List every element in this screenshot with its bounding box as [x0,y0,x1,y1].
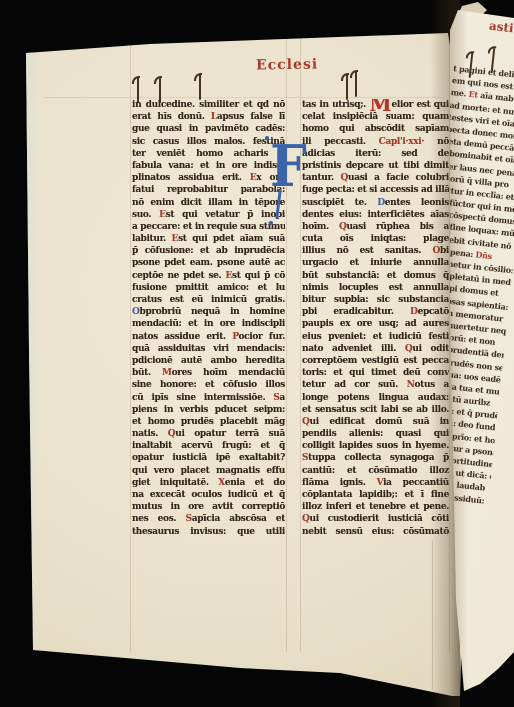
text-line: suscipiēt te. Dentes leonis [302,197,449,209]
text-segment: fuge pecta: et si accessis ad illā [302,185,449,195]
text-segment: plinatos assidua erit. [132,173,250,183]
text-line: labitur. Est qui pdet aīam suā [132,233,285,245]
ruling-line [300,36,301,652]
text-line: būt. Mores hoīm mendaciū [132,367,285,379]
text-segment: colligit lapides suos in hyeme. [302,441,449,451]
text-line: illoz inferi et tenebre et pene. [302,501,449,513]
text-line: natis. Qui opatur terrā suā [132,428,285,440]
manuscript-photo: Ecclesi in dulcedine. similiter et qd nō… [0,0,514,707]
text-segment: nebit sensū eius: cōsūmatō [302,527,449,537]
rubricated-text: M [369,99,390,111]
text-segment: natos assidue erit. [132,332,232,342]
text-line: ili peccasti. Capl'i·xxi· nō [302,136,449,148]
text-segment: psone pdet eam. psone autē ac [132,258,285,268]
text-line: longe potens lingua audax: [302,392,449,404]
text-segment: illius nō est sanitas. [302,246,432,256]
rubricated-text: X [218,478,225,488]
ascender-flourish [346,74,348,100]
text-line: dentes eius: interficiētes aīas [302,209,449,221]
text-line: fuge pecta: et si accessis ad illā [302,184,449,196]
text-line: nes eos. Sapīcia abscōsa et [132,513,285,525]
text-line: a peccare: et in requie sua stimu [132,221,285,233]
text-line: nō enim dicit illam in tēpore [132,197,285,209]
text-segment: me. [450,87,469,99]
text-segment: et homo prudēs placebit māg [132,417,285,427]
text-segment: būt substanciā: et domus q̄ [302,271,449,281]
text-line: eius pveniet: et iudiciū festi [302,331,449,343]
rubricated-text: M [162,368,172,378]
text-line: tetur ad cor suū. Notus a [302,379,449,391]
text-line: pbi eradicabitur. Depcatō [302,306,449,318]
text-segment: nato adveniet illi. [302,344,405,354]
text-segment: cōplantata lapidib;: et ī fine [302,490,449,500]
text-line: ceptōe ne pdet se. Est qui p̄ cō [132,270,285,282]
initial-F-dot [269,221,273,225]
text-segment: giet iniquitatē. [132,478,218,488]
text-line: Qui edificat domū suā in [302,416,449,428]
text-segment: pristinis depcare ut tibi dimit [302,161,449,171]
text-line: pdicionē autē ambo heredita [132,355,285,367]
text-segment: toris: et qui timet deū conv [302,368,449,378]
text-segment: flāma ignis. [302,478,377,488]
text-line: Obprobriū nequā in homine [132,306,285,318]
text-segment: tetur ad cor suū. [302,380,407,390]
ascender-flourish [355,71,357,97]
text-line: cantiū: et cōsūmatio illoz [302,465,449,477]
ruling-line-horizontal [44,97,444,98]
text-line: mutus in ore avtit correptiō [132,501,285,513]
text-line: cuta oīs iniqtas: plage [302,233,449,245]
ruling-line [130,36,131,652]
text-line: pristinis depcare ut tibi dimit [302,160,449,172]
text-segment: piens in verbis pducet seipm: [132,405,285,415]
text-segment: mutus in ore avtit correptiō [132,502,285,512]
text-line: cratus est eū inimicū gratis. [132,294,285,306]
text-segment: in dulcedine. similiter et qd nō [132,100,285,110]
text-line: qui vero placet magnatis effu [132,465,285,477]
text-line: nebit sensū eius: cōsūmatō [302,526,449,538]
text-segment: eius pveniet: et iudiciū festi [302,332,449,342]
text-segment: pbi eradicabitur. [302,307,410,317]
text-line: opatur iusticiā ipē exaltabit? [132,452,285,464]
text-line: pendiis alienis: quasi qui [302,428,449,440]
text-segment: bitur supbia: sic substancia [302,295,449,305]
text-segment: gue quasi in pavimēto cadēs: [132,124,285,134]
text-column-right: tas in utrisq;. Melior est quicelat insi… [302,99,449,538]
text-line: ter veniēt homo acharis q̄ [132,148,285,160]
text-column-left: in dulcedine. similiter et qd nōerat hīs… [132,99,285,538]
text-segment: pendiis alienis: quasi qui [302,429,449,439]
text-line: bitur supbia: sic substancia [302,294,449,306]
text-segment: tas in utrisq;. [302,100,369,110]
text-segment: enia et do [225,478,285,488]
text-segment: fabula vana: et in ore indisci [132,161,285,171]
text-line: nimis locuples est annulla [302,282,449,294]
page-edge-tint [26,50,42,657]
text-segment: suo. [132,210,159,220]
text-line: quā assiduitas viri mendacis: [132,343,285,355]
text-segment: paupis ex ore usq; ad aures [302,319,449,329]
text-line: correptōem vestigiū est pecca [302,355,449,367]
text-segment: quā assiduitas viri mendacis: [132,344,285,354]
rubricated-text: D [410,307,417,317]
text-segment: ores hoīm mendaciū [172,368,285,378]
illuminated-initial-F: F [270,139,314,231]
text-line: illius nō est sanitas. Obi [302,245,449,257]
text-segment: urgacio et iniurie annulla [302,258,449,268]
initial-F-glyph: F [270,139,318,196]
text-segment: a peccare: et in requie sua stimu [132,222,285,232]
text-segment: nō enim dicit illam in tēpore [132,198,285,208]
rubricated-text: Q [302,417,310,427]
text-segment: a [280,393,285,403]
text-segment: qui vero placet magnatis effu [132,466,285,476]
text-segment: labitur. [132,234,172,244]
text-line: erat hīs donū. Lapsus false lī [132,111,285,123]
text-line: thesaurus invisus: que utili [132,526,285,538]
running-title-fragment: asti [488,20,514,35]
text-line: flāma ignis. Via peccantiū [302,477,449,489]
text-line: cōplantata lapidib;: et ī fine [302,489,449,501]
text-line: fusione pmittit amico: et lu [132,282,285,294]
text-line: adicias iterū: sed de [302,148,449,160]
text-segment: ui custodierit iusticiā cōti [310,514,450,524]
text-segment: ui opatur terrā suā [175,429,285,439]
text-segment: bprobriū nequā in homine [140,307,286,317]
text-line: plinatos assidua erit. Ex ore [132,172,285,184]
initial-F-dot [265,136,269,140]
text-segment: cuta oīs iniqtas: plage [302,234,449,244]
text-segment: p̄ cōfusione: et ab inprudēcia [132,246,285,256]
text-line: et homo prudēs placebit māg [132,416,285,428]
text-segment: opatur iusticiā ipē exaltabit? [132,453,285,463]
text-line: mendaciū: et in ore indiscipli [132,318,285,330]
rubricated-text: O [132,307,140,317]
text-line: in dulcedine. similiter et qd nō [132,99,285,111]
text-line: homo qui abscōdit sapīam [302,123,449,135]
text-segment: ocior fur. [239,332,285,342]
text-line: giet iniquitatē. Xenia et do [132,477,285,489]
text-segment: pdicionē autē ambo heredita [132,356,285,366]
text-line: psone pdet eam. psone autē ac [132,257,285,269]
text-segment: nimis locuples est annulla [302,283,449,293]
rubricated-text: N [407,380,415,390]
text-line: paupis ex ore usq; ad aures [302,318,449,330]
text-line: gue quasi in pavimēto cadēs: [132,123,285,135]
rubricated-text: Q [341,173,349,183]
text-line: p̄ cōfusione: et ab inprudēcia [132,245,285,257]
text-segment: homo qui abscōdit sapīam [302,124,449,134]
text-line: būt substanciā: et domus q̄ [302,270,449,282]
text-segment: inaltabit acervū frugū: et q̄ [132,441,285,451]
text-segment: cū ipīs sine intermissiōe. [132,393,273,403]
text-segment: mendaciū: et in ore indiscipli [132,319,285,329]
text-line: celat insipiēciā suam: quam [302,111,449,123]
rubricated-text: Q [302,514,310,524]
text-line: tantur. Quasi a facie colubri [302,172,449,184]
text-line: Qui custodierit iusticiā cōti [302,513,449,525]
text-line: fabula vana: et in ore indisci [132,160,285,172]
text-line: sic casus illos malos. festinā [132,136,285,148]
text-segment: tuppa collecta synagoga p̄ [308,453,449,463]
text-segment: fatui reprobabitur parabola: [132,185,285,195]
text-segment: apīcia abscōsa et [192,514,285,524]
text-segment: cratus est eū inimicū gratis. [132,295,285,305]
text-segment: adicias iterū: sed de [302,149,449,159]
text-line: colligit lapides suos in hyeme. [302,440,449,452]
text-segment: thesaurus invisus: que utili [132,527,285,537]
text-segment: dentes eius: interficiētes aīas [302,210,449,220]
rubricated-text: Capl'i·xxi· [379,137,424,147]
text-line: nato adveniet illi. Qui odit [302,343,449,355]
text-segment: correptōem vestigiū est pecca [302,356,449,366]
ruling-line [286,36,287,652]
text-segment: nes eos. [132,514,186,524]
text-segment: st qui pdet aīam suā [178,234,285,244]
rubricated-text: D [377,198,384,208]
text-line: tas in utrisq;. Melior est qui [302,99,449,111]
text-line: hoīm. Quasi rūphea bis a [302,221,449,233]
text-segment: ui edificat domū suā in [310,417,450,427]
text-segment: sine honore: et cōfusio illos [132,380,285,390]
text-segment: na excecāt oculos iudicū et q̄ [132,490,285,500]
text-line: na excecāt oculos iudicū et q̄ [132,489,285,501]
text-line: piens in verbis pducet seipm: [132,404,285,416]
text-segment: st qui p̄ cō [232,271,285,281]
text-line: inaltabit acervū frugū: et q̄ [132,440,285,452]
text-segment: celat insipiēciā suam: quam [302,112,449,122]
rubricated-text: Dñs [475,249,492,261]
text-line: natos assidue erit. Pocior fur. [132,331,285,343]
ascender-flourish [199,74,201,100]
text-segment: fusione pmittit amico: et lu [132,283,285,293]
text-segment: illoz inferi et tenebre et pene. [302,502,449,512]
text-segment: apsus false lī [217,112,285,122]
text-segment: erat hīs donū. [132,112,211,122]
text-line: suo. Est qui vetatur p̄ inopi [132,209,285,221]
text-line: fatui reprobabitur parabola: [132,184,285,196]
text-line: Stuppa collecta synagoga p̄ [302,452,449,464]
text-segment: st qui vetatur p̄ inopi [166,210,285,220]
text-segment: ceptōe ne pdet se. [132,271,226,281]
text-segment: natis. [132,429,168,439]
running-title: Ecclesi [256,57,318,72]
text-segment: et sensatus scit labi se ab illo. [302,405,449,415]
text-segment: sic casus illos malos. festinā [132,137,285,147]
text-line: cū ipīs sine intermissiōe. Sa [132,392,285,404]
text-segment: ter veniēt homo acharis q̄ [132,149,285,159]
text-line: et sensatus scit labi se ab illo. [302,404,449,416]
text-line: toris: et qui timet deū conv [302,367,449,379]
text-segment: būt. [132,368,162,378]
text-line: urgacio et iniurie annulla [302,257,449,269]
text-line: sine honore: et cōfusio illos [132,379,285,391]
text-segment: cantiū: et cōsūmatio illoz [302,466,449,476]
text-segment: longe potens lingua audax: [302,393,449,403]
